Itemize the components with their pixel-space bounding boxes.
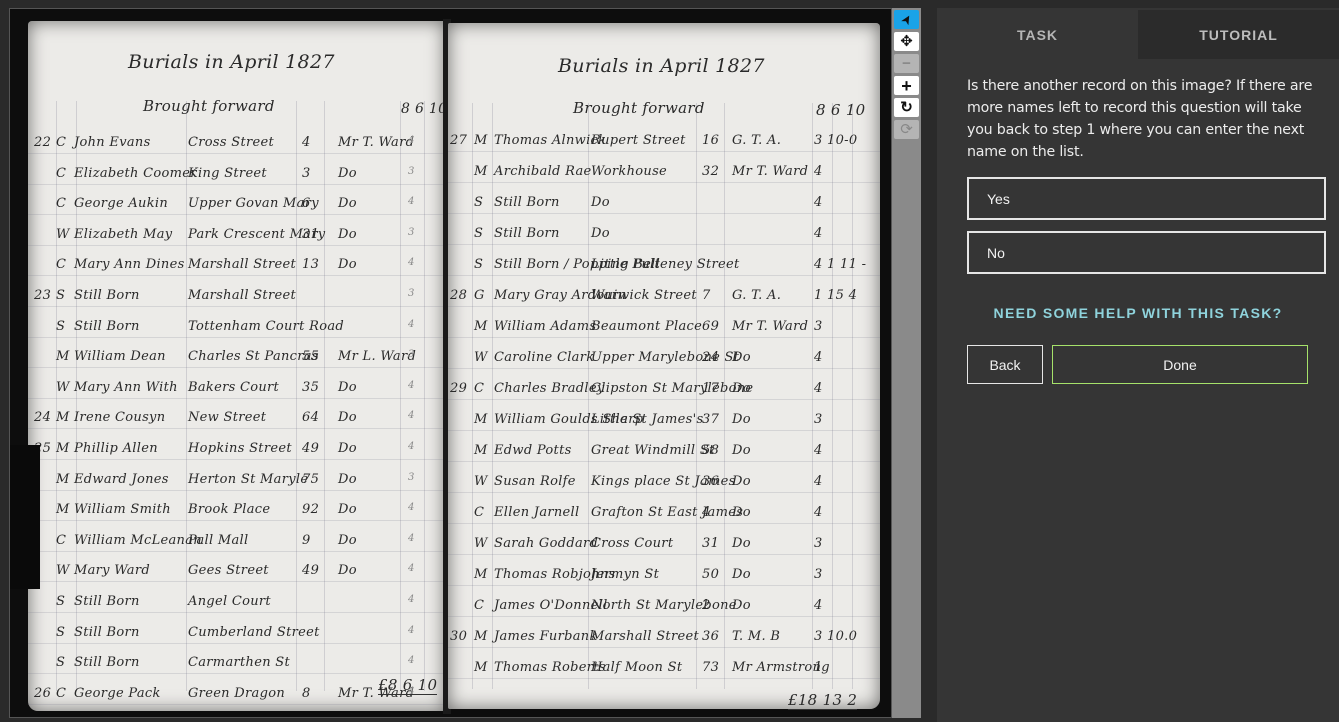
cell-age: 58 [702, 443, 719, 458]
cell-fee: 4 [408, 410, 415, 421]
cell-sex: C [474, 505, 484, 520]
cell-fee: 3 [408, 166, 415, 177]
register-row: CWilliam McLeananPall Mall9Do4 [28, 533, 445, 553]
register-row: MWilliam SmithBrook Place92Do4 [28, 502, 445, 522]
cell-fee: 4 [408, 441, 415, 452]
cell-fee: 4 [814, 350, 823, 365]
cell-abode: Do [591, 195, 610, 210]
cell-abode: Marshall Street [591, 629, 699, 644]
cell-age: 17 [702, 381, 719, 396]
cell-sex: C [56, 166, 66, 181]
register-row: MWilliam Goulds SharpLittle St James's37… [448, 412, 880, 432]
cell-name: Elizabeth May [74, 227, 172, 242]
cell-abode: Charles St Pancras [188, 349, 319, 364]
cell-abode: Bakers Court [188, 380, 279, 395]
cell-sex: W [56, 227, 70, 242]
cell-sex: M [474, 443, 488, 458]
cell-fee: 4 [408, 625, 415, 636]
cell-sex: M [474, 567, 488, 582]
cell-sex: W [474, 350, 488, 365]
cell-age: 24 [702, 350, 719, 365]
cell-name: Still Born [74, 594, 140, 609]
cell-day: 22 [34, 135, 51, 150]
register-row: SStill BornCarmarthen St4 [28, 655, 445, 675]
cell-abode: Jermyn St [591, 567, 659, 582]
cell-age: 37 [702, 412, 719, 427]
cell-by: Do [338, 257, 357, 272]
cell-by: G. T. A. [732, 288, 781, 303]
cell-sex: G [474, 288, 485, 303]
cell-fee: 4 [814, 474, 823, 489]
tab-tutorial[interactable]: TUTORIAL [1138, 10, 1339, 59]
cell-fee: 3 10-0 [814, 133, 857, 148]
cell-sex: S [56, 655, 65, 670]
image-toolbar: ➤ ✥ − + ↻ ⟳ [892, 8, 921, 718]
reset-view-button[interactable]: ⟳ [894, 120, 919, 139]
cell-day: 28 [450, 288, 467, 303]
cell-sex: S [474, 195, 483, 210]
register-row: 23SStill BornMarshall Street3 [28, 288, 445, 308]
cell-fee: 4 [408, 502, 415, 513]
cell-abode: Workhouse [591, 164, 667, 179]
cell-by: Do [338, 410, 357, 425]
register-row: CMary Ann DinesMarshall Street13Do4 [28, 257, 445, 277]
register-row: 27MThomas AlnwickRupert Street16G. T. A.… [448, 133, 880, 153]
cell-name: Thomas Alnwick [494, 133, 606, 148]
cell-sex: M [56, 502, 70, 517]
subject-image-viewer[interactable]: Burials in April 1827 Brought forward 8 … [9, 8, 892, 718]
cell-abode: Brook Place [188, 502, 270, 517]
cell-abode: Cumberland Street [188, 625, 320, 640]
cell-age: 7 [702, 288, 711, 303]
back-button[interactable]: Back [967, 345, 1043, 384]
cell-by: Do [338, 227, 357, 242]
cell-by: Do [338, 533, 357, 548]
cell-name: James Furbank [494, 629, 598, 644]
cell-name: Still Born [494, 226, 560, 241]
cell-abode: Carmarthen St [188, 655, 290, 670]
cell-name: William Dean [74, 349, 166, 364]
panel-tabs: TASK TUTORIAL [937, 10, 1339, 59]
cell-age: 69 [702, 319, 719, 334]
cell-by: Do [338, 472, 357, 487]
register-row: MEdwd PottsGreat Windmill St58Do4 [448, 443, 880, 463]
register-row: MWilliam DeanCharles St Pancras55Mr L. W… [28, 349, 445, 369]
cell-day: 26 [34, 686, 51, 701]
cell-by: Do [732, 598, 751, 613]
register-row: 30MJames FurbankMarshall Street36T. M. B… [448, 629, 880, 649]
cell-sex: S [56, 594, 65, 609]
cell-fee: 3 [814, 412, 823, 427]
task-question: Is there another record on this image? I… [967, 75, 1317, 163]
cell-name: Edward Jones [74, 472, 169, 487]
cell-abode: Hopkins Street [188, 441, 292, 456]
cell-by: Do [338, 166, 357, 181]
cell-sex: M [474, 319, 488, 334]
register-row: SStill Born / Popping BellLittle Pultene… [448, 257, 880, 277]
cell-by: Do [732, 505, 751, 520]
pointer-icon: ➤ [898, 12, 915, 28]
cell-age: 92 [302, 502, 319, 517]
cell-abode: Cross Street [188, 135, 274, 150]
cell-day: 24 [34, 410, 51, 425]
register-row: MThomas RobjohnsJermyn St50Do3 [448, 567, 880, 587]
page-total: £8 6 10 [378, 676, 437, 695]
rotate-icon: ↻ [900, 100, 913, 115]
cell-fee: 4 [408, 135, 415, 146]
cell-sex: S [56, 319, 65, 334]
cell-abode: Great Windmill St [591, 443, 715, 458]
cell-by: G. T. A. [732, 133, 781, 148]
cell-by: Do [338, 380, 357, 395]
cell-fee: 3 [408, 472, 415, 483]
cell-sex: C [474, 381, 484, 396]
register-row: SStill BornCumberland Street4 [28, 625, 445, 645]
cell-by: Do [338, 441, 357, 456]
cell-age: 8 [302, 686, 311, 701]
register-row: MWilliam AdamsBeaumont Place69Mr T. Ward… [448, 319, 880, 339]
cell-abode: Grafton St East James [591, 505, 743, 520]
cell-name: Susan Rolfe [494, 474, 576, 489]
cell-abode: New Street [188, 410, 266, 425]
cell-fee: 4 [408, 563, 415, 574]
register-row: 25MPhillip AllenHopkins Street49Do4 [28, 441, 445, 461]
register-row: SStill BornAngel Court4 [28, 594, 445, 614]
reset-icon: ⟳ [900, 122, 913, 137]
cell-sex: M [56, 472, 70, 487]
rotate-button[interactable]: ↻ [894, 98, 919, 117]
cell-name: William Smith [74, 502, 171, 517]
cell-name: Edwd Potts [494, 443, 572, 458]
cell-age: 73 [702, 660, 719, 675]
cell-abode: Warwick Street [591, 288, 697, 303]
carried-header: 8 6 10 [401, 101, 447, 117]
cell-name: Sarah Goddard [494, 536, 598, 551]
cell-by: Do [732, 443, 751, 458]
cell-age: 2 [702, 598, 711, 613]
page-title: Burials in April 1827 [558, 55, 765, 77]
cell-name: Thomas Roberts [494, 660, 606, 675]
cell-name: Elizabeth Coomer [74, 166, 197, 181]
cell-sex: M [474, 629, 488, 644]
move-icon: ✥ [900, 34, 913, 49]
cell-by: T. M. B [732, 629, 780, 644]
cell-age: 49 [302, 563, 319, 578]
answer-label: Yes [987, 191, 1010, 207]
register-row: 29CCharles BradleyClipston St Marylebone… [448, 381, 880, 401]
cell-sex: M [56, 349, 70, 364]
cell-abode: Little St James's [591, 412, 703, 427]
cell-sex: M [56, 441, 70, 456]
cell-sex: S [474, 226, 483, 241]
task-panel: TASK TUTORIAL Is there another record on… [937, 8, 1339, 722]
cell-name: Still Born [494, 195, 560, 210]
page-subtitle: Brought forward [143, 97, 275, 115]
cell-sex: M [56, 410, 70, 425]
zoom-in-icon: + [901, 77, 912, 95]
cell-name: George Pack [74, 686, 161, 701]
cell-fee: 4 [814, 226, 823, 241]
cell-fee: 3 [814, 319, 823, 334]
cell-name: William McLeanan [74, 533, 202, 548]
cell-fee: 3 [408, 227, 415, 238]
cell-age: 55 [302, 349, 319, 364]
cell-fee: 4 [814, 195, 823, 210]
cell-day: 27 [450, 133, 467, 148]
cell-fee: 4 1 11 - [814, 257, 866, 272]
cell-name: Archibald Rae [494, 164, 592, 179]
cell-age: 3 [302, 166, 311, 181]
register-row: WMary WardGees Street49Do4 [28, 563, 445, 583]
cell-fee: 3 [814, 567, 823, 582]
register-row: SStill BornDo4 [448, 195, 880, 215]
cell-day: 30 [450, 629, 467, 644]
cell-by: Do [338, 196, 357, 211]
cell-fee: 1 [814, 660, 823, 675]
cell-age: 4 [702, 505, 711, 520]
cell-fee: 3 [408, 288, 415, 299]
register-row: MArchibald RaeWorkhouse32Mr T. Ward4 [448, 164, 880, 184]
cell-sex: S [474, 257, 483, 272]
cell-sex: C [56, 686, 66, 701]
register-row: WMary Ann WithBakers Court35Do4 [28, 380, 445, 400]
cell-name: Still Born [74, 288, 140, 303]
cell-abode: Angel Court [188, 594, 271, 609]
cell-fee: 1 15 4 [814, 288, 857, 303]
cell-abode: Half Moon St [591, 660, 682, 675]
register-row: WElizabeth MayPark Crescent Mary31Do3 [28, 227, 445, 247]
zoom-out-icon: − [902, 56, 911, 71]
cell-abode: Do [591, 226, 610, 241]
cell-fee: 3 [814, 536, 823, 551]
cell-by: Do [732, 350, 751, 365]
cell-name: Irene Cousyn [74, 410, 165, 425]
cell-sex: W [56, 380, 70, 395]
register-row: 24MIrene CousynNew Street64Do4 [28, 410, 445, 430]
cell-by: Mr T. Ward [732, 319, 808, 334]
cell-name: John Evans [74, 135, 151, 150]
cell-by: Do [732, 474, 751, 489]
page-subtitle: Brought forward [573, 99, 705, 117]
cell-name: George Aukin [74, 196, 168, 211]
cell-fee: 4 [408, 594, 415, 605]
cell-age: 31 [702, 536, 719, 551]
carried-header: 8 6 10 [816, 101, 866, 119]
register-page-right: Burials in April 1827 Brought forward 8 … [448, 23, 880, 709]
cell-fee: 4 [408, 257, 415, 268]
move-tool-button[interactable]: ✥ [894, 32, 919, 51]
register-row: WCaroline ClarkUpper Marylebone St24Do4 [448, 350, 880, 370]
cell-age: 9 [302, 533, 311, 548]
answer-no-button[interactable]: No [967, 231, 1326, 274]
zoom-in-button[interactable]: + [894, 76, 919, 95]
answer-label: No [987, 245, 1005, 261]
cell-age: 64 [302, 410, 319, 425]
cell-age: 50 [702, 567, 719, 582]
cell-name: Still Born [74, 655, 140, 670]
cell-name: Still Born [74, 625, 140, 640]
cell-age: 32 [702, 164, 719, 179]
cell-by: Do [732, 381, 751, 396]
tab-task[interactable]: TASK [937, 10, 1138, 59]
cell-sex: W [474, 536, 488, 551]
cell-abode: Herton St Maryle [188, 472, 308, 487]
cell-abode: Pall Mall [188, 533, 248, 548]
cell-abode: Tottenham Court Road [188, 319, 344, 334]
cell-sex: S [56, 288, 65, 303]
register-row: CElizabeth CoomerKing Street3Do3 [28, 166, 445, 186]
cell-age: 75 [302, 472, 319, 487]
register-row: WSarah GoddardCross Court31Do3 [448, 536, 880, 556]
cell-fee: 4 [408, 319, 415, 330]
cell-age: 49 [302, 441, 319, 456]
page-edge-tab [10, 445, 40, 589]
register-row: CJames O'DonnellNorth St Marylebone2Do4 [448, 598, 880, 618]
cell-fee: 4 [408, 533, 415, 544]
cell-sex: M [474, 660, 488, 675]
cell-by: Do [732, 412, 751, 427]
register-row: WSusan RolfeKings place St James36Do4 [448, 474, 880, 494]
cell-by: Do [338, 563, 357, 578]
need-help-link[interactable]: NEED SOME HELP WITH THIS TASK? [937, 305, 1339, 321]
cell-sex: C [56, 135, 66, 150]
cell-age: 13 [302, 257, 319, 272]
cell-abode: Rupert Street [591, 133, 686, 148]
cell-abode: Marshall Street [188, 257, 296, 272]
cell-name: Ellen Jarnell [494, 505, 579, 520]
cell-age: 4 [302, 135, 311, 150]
cell-age: 36 [702, 629, 719, 644]
cell-fee: 4 [408, 380, 415, 391]
cell-abode: Green Dragon [188, 686, 285, 701]
answer-yes-button[interactable]: Yes [967, 177, 1326, 220]
cell-age: 35 [302, 380, 319, 395]
cell-abode: King Street [188, 166, 267, 181]
cell-by: Do [732, 536, 751, 551]
cell-name: William Adams [494, 319, 596, 334]
cell-day: 23 [34, 288, 51, 303]
cell-abode: Beaumont Place [591, 319, 702, 334]
cell-name: Caroline Clark [494, 350, 594, 365]
register-row: CEllen JarnellGrafton St East James4Do4 [448, 505, 880, 525]
cell-name: Phillip Allen [74, 441, 158, 456]
cell-name: Still Born [74, 319, 140, 334]
cell-name: Mary Ann Dines [74, 257, 185, 272]
cell-fee: 3 [408, 349, 415, 360]
cell-name: Charles Bradley [494, 381, 604, 396]
cell-abode: Marshall Street [188, 288, 296, 303]
pointer-tool-button[interactable]: ➤ [894, 10, 919, 29]
cell-by: Do [732, 567, 751, 582]
register-row: SStill BornDo4 [448, 226, 880, 246]
cell-abode: Cross Court [591, 536, 673, 551]
cell-age: 36 [702, 474, 719, 489]
cell-sex: C [56, 196, 66, 211]
cell-abode: North St Marylebone [591, 598, 737, 613]
cell-sex: C [56, 257, 66, 272]
cell-by: Do [338, 502, 357, 517]
cell-sex: C [474, 598, 484, 613]
cell-sex: S [56, 625, 65, 640]
cell-sex: W [56, 563, 70, 578]
register-row: MEdward JonesHerton St Maryle75Do3 [28, 472, 445, 492]
cell-sex: M [474, 412, 488, 427]
cell-age: 6 [302, 196, 311, 211]
cell-age: 16 [702, 133, 719, 148]
page-total: £18 13 2 [788, 691, 857, 710]
cell-fee: 4 [814, 443, 823, 458]
cell-sex: M [474, 164, 488, 179]
register-row: 28GMary Gray ArdouinWarwick Street7G. T.… [448, 288, 880, 308]
cell-age: 31 [302, 227, 319, 242]
cell-abode: Gees Street [188, 563, 269, 578]
cell-fee: 4 [814, 381, 823, 396]
cell-by: Mr T. Ward [732, 164, 808, 179]
register-row: MThomas RobertsHalf Moon St73Mr Armstron… [448, 660, 880, 680]
cell-fee: 3 10.0 [814, 629, 857, 644]
cell-by: Mr T. Ward [338, 135, 414, 150]
cell-name: Mary Ann With [74, 380, 178, 395]
zoom-out-button[interactable]: − [894, 54, 919, 73]
cell-fee: 4 [814, 164, 823, 179]
cell-abode: Little Pulteney Street [591, 257, 740, 272]
cell-sex: W [474, 474, 488, 489]
cell-sex: M [474, 133, 488, 148]
register-row: SStill BornTottenham Court Road4 [28, 319, 445, 339]
cell-fee: 4 [814, 505, 823, 520]
register-row: 22CJohn EvansCross Street4Mr T. Ward4 [28, 135, 445, 155]
cell-abode: Upper Govan Mary [188, 196, 319, 211]
register-row: CGeorge AukinUpper Govan Mary6Do4 [28, 196, 445, 216]
cell-day: 29 [450, 381, 467, 396]
cell-fee: 4 [408, 655, 415, 666]
cell-by: Mr L. Ward [338, 349, 416, 364]
register-page-left: Burials in April 1827 Brought forward 8 … [28, 21, 445, 711]
cell-fee: 4 [814, 598, 823, 613]
done-button[interactable]: Done [1052, 345, 1308, 384]
cell-sex: C [56, 533, 66, 548]
cell-abode: Clipston St Marylebone [591, 381, 753, 396]
cell-fee: 4 [408, 196, 415, 207]
cell-name: Mary Ward [74, 563, 150, 578]
page-title: Burials in April 1827 [128, 51, 335, 73]
